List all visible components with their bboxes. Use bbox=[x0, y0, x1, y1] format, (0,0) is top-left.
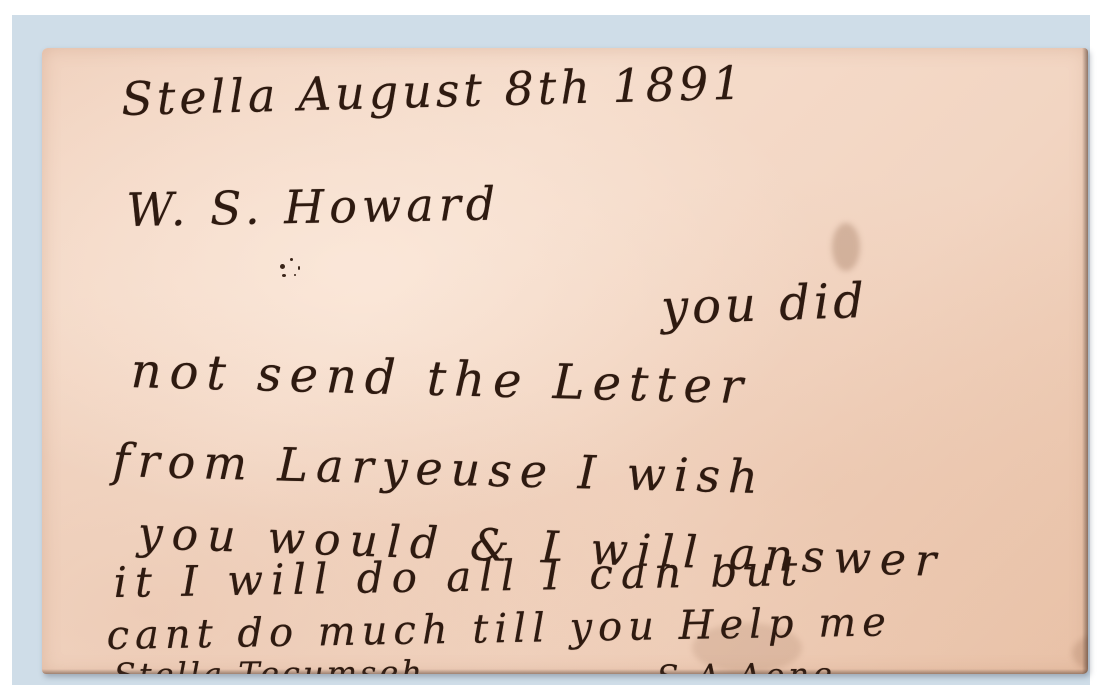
handwritten-body-line: not send the Letter bbox=[130, 343, 752, 415]
postcard: Stella August 8th 1891 W. S. Howard you … bbox=[42, 48, 1088, 674]
handwritten-body-line: from Laryeuse I wish bbox=[112, 433, 767, 504]
handwritten-date-line: Stella August 8th 1891 bbox=[121, 56, 747, 126]
handwritten-body-line: you did bbox=[660, 273, 869, 336]
ink-smudge bbox=[832, 223, 860, 271]
scan-background: Stella August 8th 1891 W. S. Howard you … bbox=[12, 15, 1090, 685]
card-edge-shadow bbox=[1082, 48, 1088, 674]
card-edge-shadow bbox=[42, 669, 1088, 674]
handwritten-recipient: W. S. Howard bbox=[126, 176, 501, 237]
ink-spatter bbox=[280, 256, 310, 286]
